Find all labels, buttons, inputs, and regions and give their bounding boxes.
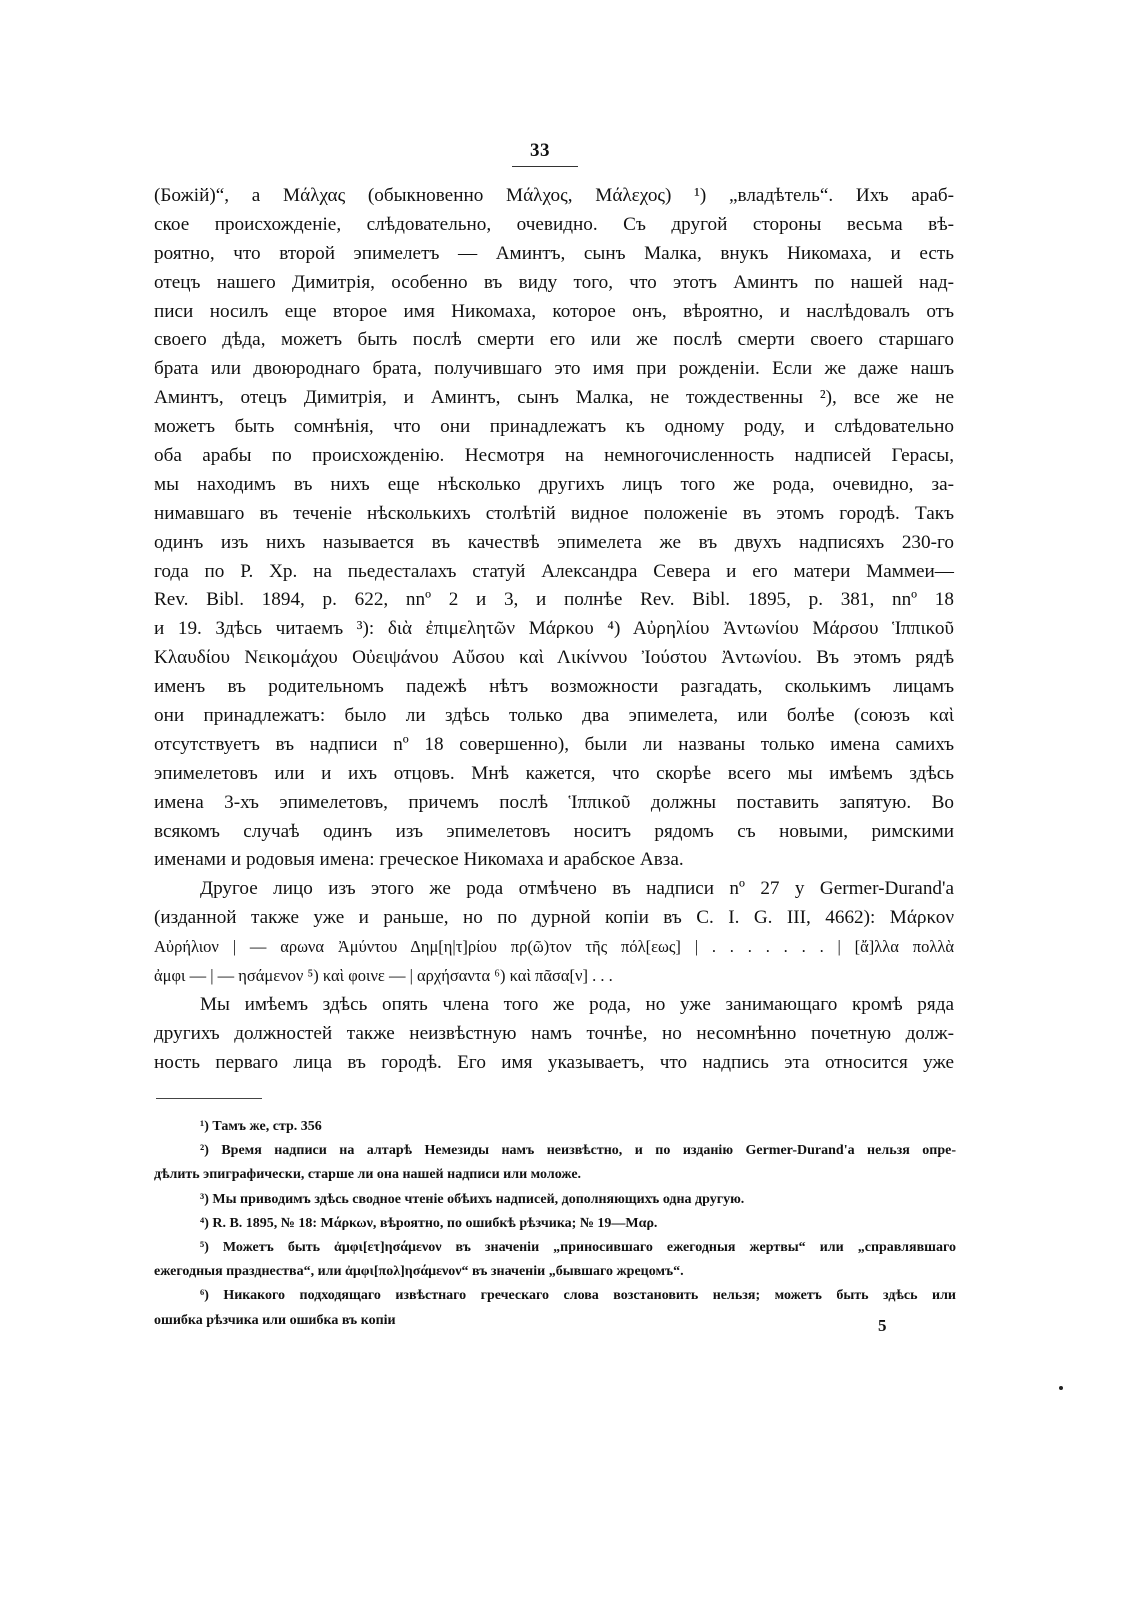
footnote-4: ⁴) R. B. 1895, № 18: Μάρκων, вѣроятно, п… [154,1212,956,1236]
text-line: отецъ нашего Димитрія, особенно въ виду … [154,269,954,298]
text-line: своего дѣда, можетъ быть послѣ смерти ег… [154,326,954,355]
footnote-5-cont: ежегодныя празднества“, или ἀμφι[πολ]ησά… [154,1260,956,1284]
text-line: писи носилъ еще второе имя Никомаха, кот… [154,298,954,327]
text-line: можетъ быть сомнѣнія, что они принадлежа… [154,413,954,442]
text-line: (изданной также уже и раньше, но по дурн… [154,904,954,933]
footnote-rule [156,1098,262,1099]
footnote-2-cont: дѣлить эпиграфически, старше ли она наше… [154,1163,956,1187]
footnote-5: ⁵) Можетъ быть ἀμφι[ετ]ησάμενον въ значе… [154,1236,956,1260]
text-line: роятно, что второй эпимелетъ — Аминтъ, с… [154,240,954,269]
footnote-6-cont: ошибка рѣзчика или ошибка въ копіи [154,1309,956,1333]
greek-inscription-line: ἀμφι — | — ησάμενον ⁵) καὶ φοινε — | αρχ… [154,962,954,991]
main-text: (Божій)“, а Μάλχας (обыкновенно Μάλχος, … [154,182,954,1078]
text-line: именъ въ родительномъ падежѣ нѣтъ возмож… [154,673,954,702]
page-number: 33 [505,140,575,162]
footnote-6: ⁶) Никакого подходящаго извѣстнаго грече… [154,1284,956,1308]
text-line: брата или двоюроднаго брата, получившаго… [154,355,954,384]
text-line: всякомъ случаѣ одинъ изъ эпимелетовъ нос… [154,818,954,847]
text-line: нимавшаго въ теченіе нѣсколькихъ столѣті… [154,500,954,529]
text-line: другихъ должностей также неизвѣстную нам… [154,1020,954,1049]
paragraph-start-line: Другое лицо изъ этого же рода отмѣчено в… [154,875,954,904]
footnotes: ¹) Тамъ же, стр. 356 ²) Время надписи на… [154,1115,956,1333]
footnote-2: ²) Время надписи на алтарѣ Немезиды намъ… [154,1139,956,1163]
sheet-signature: 5 [878,1316,887,1336]
text-line: Κλαυδίου Νεικομάχου Οὐειψάνου Αὔσου καὶ … [154,644,954,673]
paragraph-start-line: Мы имѣемъ здѣсь опять члена того же рода… [154,991,954,1020]
footnote-3: ³) Мы приводимъ здѣсь сводное чтеніе обѣ… [154,1188,956,1212]
text-line: оба арабы по происхожденію. Несмотря на … [154,442,954,471]
text-line: мы находимъ въ нихъ еще нѣсколько других… [154,471,954,500]
greek-inscription-line: Αὐρήλιον | — αρωνα Ἀμύντου Δημ[η|τ]ρίου … [154,933,954,962]
text-line: отсутствуетъ въ надписи nº 18 совершенно… [154,731,954,760]
text-line: они принадлежатъ: было ли здѣсь только д… [154,702,954,731]
text-line: и 19. Здѣсь читаемъ ³): διὰ ἐπιμελητῶν Μ… [154,615,954,644]
text-line: Аминтъ, отецъ Димитрія, и Аминтъ, сынъ М… [154,384,954,413]
text-line: именами и родовыя имена: греческое Ником… [154,846,954,875]
footnote-1: ¹) Тамъ же, стр. 356 [154,1115,956,1139]
text-line: ность перваго лица въ городѣ. Его имя ук… [154,1049,954,1078]
text-line: одинъ изъ нихъ называется въ качествѣ эп… [154,529,954,558]
text-line: (Божій)“, а Μάλχας (обыкновенно Μάλχος, … [154,182,954,211]
scan-speck [1059,1386,1063,1390]
text-line: эпимелетовъ или и ихъ отцовъ. Мнѣ кажетс… [154,760,954,789]
text-line: ское происхожденіе, слѣдовательно, очеви… [154,211,954,240]
page-number-rule [512,166,578,167]
text-line: имена 3-хъ эпимелетовъ, причемъ послѣ Ἱπ… [154,789,954,818]
text-line: года по Р. Хр. на пьедесталахъ статуй Ал… [154,558,954,587]
text-line: Rev. Bibl. 1894, p. 622, nnº 2 и 3, и по… [154,586,954,615]
